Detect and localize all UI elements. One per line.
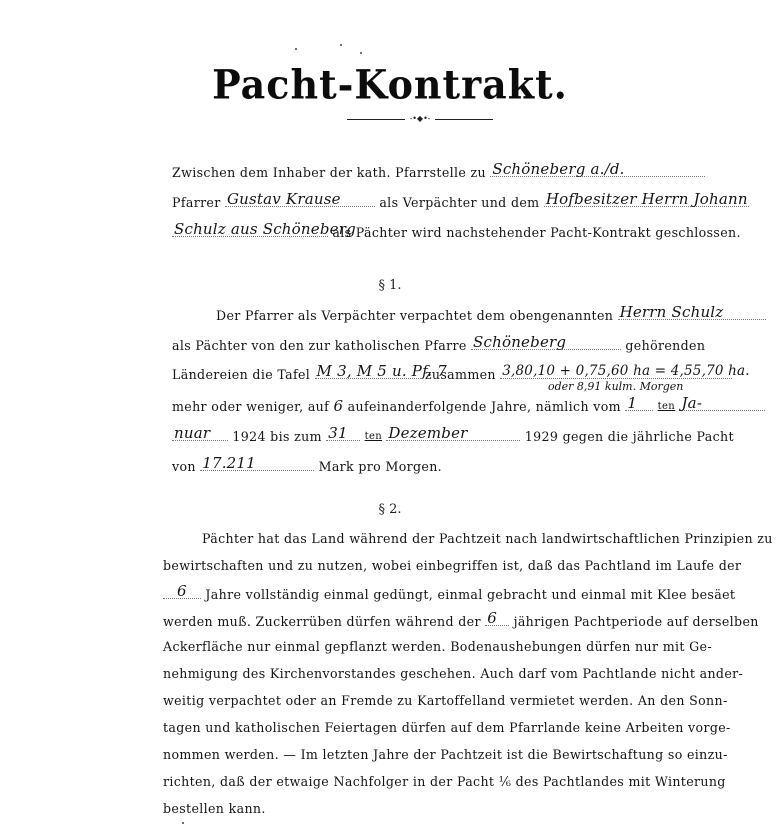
handwritten-lessor-name: Gustav Krause — [227, 190, 341, 208]
handwritten-period-years: 6 — [487, 609, 497, 627]
section-text: gehörenden — [625, 338, 705, 353]
section-1-line-4: mehr oder weniger, auf 6 aufeinanderfolg… — [172, 396, 765, 416]
preamble-text: Zwischen dem Inhaber der kath. Pfarrstel… — [172, 165, 486, 180]
contract-page: Pacht-Kontrakt. -•◆•- Zwischen dem Inhab… — [0, 0, 780, 836]
handwritten-years-count: 6 — [177, 582, 187, 600]
preamble-text: als Pächter wird nachstehender Pacht-Kon… — [332, 225, 740, 240]
handwritten-rent-amount: 17.211 — [202, 454, 256, 472]
section-text: Mark pro Morgen. — [319, 459, 442, 474]
years-count-field: 6 — [163, 584, 201, 599]
section-2-line-2: bewirtschaften und zu nutzen, wobei einb… — [163, 557, 741, 575]
section-1-line-6: von 17.211 Mark pro Morgen. — [172, 456, 442, 476]
handwritten-area-note: oder 8,91 kulm. Morgen — [548, 380, 683, 393]
lessee-title-field: Hofbesitzer Herrn Johann — [544, 192, 749, 207]
section-text: werden muß. Zuckerrüben dürfen während d… — [163, 614, 481, 629]
total-area-field: 3,80,10 + 0,75,60 ha = 4,55,70 ha. — [500, 364, 732, 379]
end-day-field: 31 — [326, 426, 360, 441]
section-text: gegen die jährliche Pacht — [563, 429, 734, 444]
handwritten-lessee-title: Hofbesitzer Herrn Johann — [546, 190, 748, 208]
handwritten-start-day: 1 — [627, 394, 637, 412]
section-text: bis zum — [270, 429, 322, 444]
ordinal-suffix: ten — [658, 401, 675, 412]
section-2-line-5: Ackerfläche nur einmal gepflanzt werden.… — [163, 638, 712, 656]
section-1-line-2: als Pächter von den zur katholischen Pfa… — [172, 335, 705, 355]
start-year: 1924 — [232, 429, 265, 444]
section-2-line-3: 6 Jahre vollständig einmal gedüngt, einm… — [163, 584, 735, 604]
preamble-text: Pfarrer — [172, 195, 221, 210]
ornament-flourish: -•◆•- — [405, 115, 435, 123]
handwritten-start-month: Ja- — [681, 394, 702, 412]
section-text: mehr oder weniger, auf — [172, 399, 329, 414]
end-month-field: Dezember — [386, 426, 520, 441]
scan-speck — [340, 44, 342, 46]
parish-location-field: Schöneberg a./d. — [490, 162, 705, 177]
section-2-line-11: bestellen kann. — [163, 800, 266, 818]
end-year: 1929 — [525, 429, 558, 444]
handwritten-land-plots: M 3, M 5 u. Pf. 7 — [317, 362, 447, 380]
section-text: jährigen Pachtperiode auf derselben — [514, 614, 759, 629]
preamble-line-3: Schulz aus Schöneberg als Pächter wird n… — [172, 222, 741, 242]
lessor-name-field: Gustav Krause — [225, 192, 375, 207]
handwritten-parish: Schöneberg — [473, 333, 566, 351]
section-2-line-1: Pächter hat das Land während der Pachtze… — [202, 530, 773, 548]
section-2-line-7: weitig verpachtet oder an Fremde zu Kart… — [163, 692, 728, 710]
ordinal-suffix: ten — [365, 431, 382, 442]
handwritten-end-month: Dezember — [388, 424, 467, 442]
section-1-heading: § 1. — [0, 278, 780, 293]
land-plots-field: M 3, M 5 u. Pf. 7 — [315, 364, 421, 379]
start-month-field: Ja- — [679, 396, 765, 411]
scan-speck — [700, 754, 702, 756]
section-2-line-4: werden muß. Zuckerrüben dürfen während d… — [163, 611, 759, 631]
section-2-line-8: tagen und katholischen Feiertagen dürfen… — [163, 719, 731, 737]
section-2-line-10: richten, daß der etwaige Nachfolger in d… — [163, 773, 726, 791]
section-2-line-9: nommen werden. — Im letzten Jahre der Pa… — [163, 746, 728, 764]
handwritten-lessee-reference: Herrn Schulz — [620, 303, 724, 321]
preamble-line-2: Pfarrer Gustav Krause als Verpächter und… — [172, 192, 749, 212]
rent-amount-field: 17.211 — [200, 456, 314, 471]
scan-speck — [360, 52, 362, 54]
preamble-text: als Verpächter und dem — [379, 195, 539, 210]
section-text: Jahre vollständig einmal gedüngt, einmal… — [205, 587, 735, 602]
section-1-line-1: Der Pfarrer als Verpächter verpachtet de… — [216, 305, 766, 325]
handwritten-lessee-name: Schulz aus Schöneberg — [174, 220, 356, 238]
section-text: Ländereien die Tafel — [172, 367, 310, 382]
scan-speck — [295, 48, 297, 50]
section-2-heading: § 2. — [0, 502, 780, 517]
document-title: Pacht-Kontrakt. — [0, 61, 780, 108]
handwritten-years-count: 6 — [334, 397, 344, 415]
start-day-field: 1 — [625, 396, 653, 411]
start-month-continued-field: nuar — [172, 426, 228, 441]
handwritten-total-area: 3,80,10 + 0,75,60 ha = 4,55,70 ha. — [502, 362, 750, 380]
handwritten-end-day: 31 — [328, 424, 348, 442]
section-1-line-5: nuar 1924 bis zum 31 ten Dezember 1929 g… — [172, 426, 734, 446]
section-text: als Pächter von den zur katholischen Pfa… — [172, 338, 467, 353]
section-text: aufeinanderfolgende Jahre, nämlich vom — [348, 399, 621, 414]
handwritten-parish-location: Schöneberg a./d. — [492, 160, 624, 178]
title-ornament-divider: -•◆•- — [347, 113, 493, 123]
parish-field: Schöneberg — [471, 335, 621, 350]
section-text: von — [172, 459, 196, 474]
scan-speck — [182, 822, 184, 824]
handwritten-start-month-continued: nuar — [174, 424, 210, 442]
section-text: Der Pfarrer als Verpächter verpachtet de… — [216, 308, 613, 323]
period-years-field: 6 — [485, 611, 509, 626]
lessee-name-field: Schulz aus Schöneberg — [172, 222, 328, 237]
preamble-line-1: Zwischen dem Inhaber der kath. Pfarrstel… — [172, 162, 705, 182]
lessee-reference-field: Herrn Schulz — [618, 305, 766, 320]
section-2-line-6: nehmigung des Kirchenvorstandes geschehe… — [163, 665, 743, 683]
